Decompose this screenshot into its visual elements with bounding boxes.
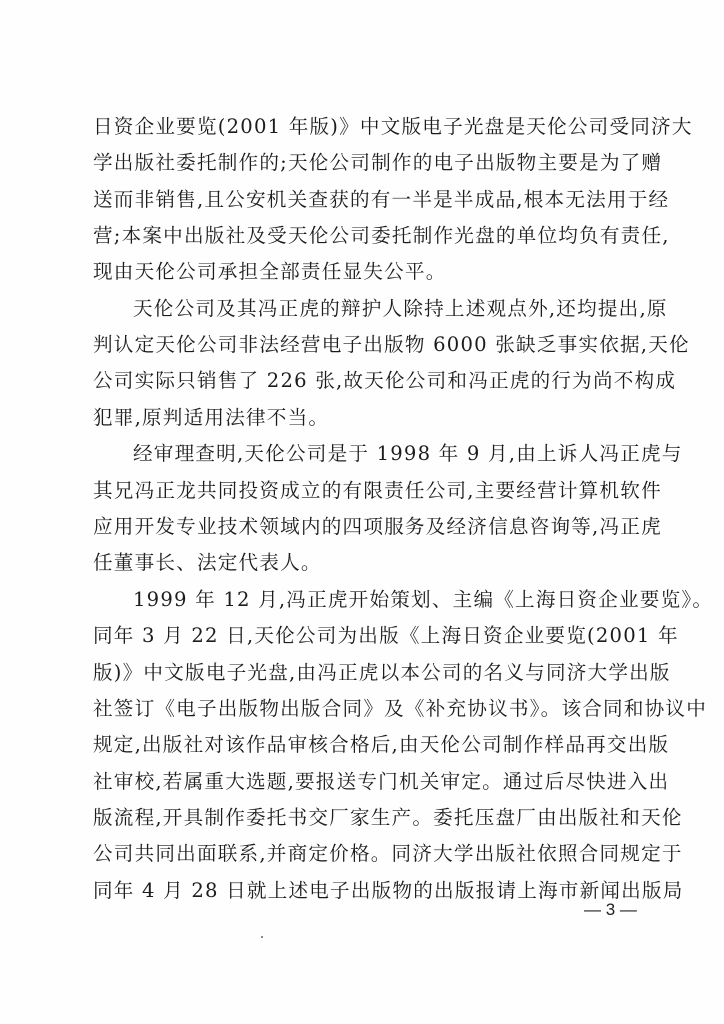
text-line: 判认定天伦公司非法经营电子出版物 6000 张缺乏事实依据,天伦 [93, 330, 633, 360]
text-line: 同年 4 月 28 日就上述电子出版物的出版报请上海市新闻出版局 [93, 876, 633, 906]
text-line: 送而非销售,且公安机关查获的有一半是半成品,根本无法用于经 [93, 185, 633, 215]
text-line: 版)》中文版电子光盘,由冯正虎以本公司的名义与同济大学出版 [93, 658, 633, 688]
text-line: 应用开发专业技术领域内的四项服务及经济信息咨询等,冯正虎 [93, 512, 633, 542]
text-line: 公司实际只销售了 226 张,故天伦公司和冯正虎的行为尚不构成 [93, 366, 633, 396]
page-number: — 3 — [584, 900, 637, 920]
paragraph-start-line: 1999 年 12 月,冯正虎开始策划、主编《上海日资企业要览》。 [133, 585, 633, 615]
paragraph-start-line: 天伦公司及其冯正虎的辩护人除持上述观点外,还均提出,原 [133, 294, 633, 324]
text-line: 规定,出版社对该作品审核合格后,由天伦公司制作样品再交出版 [93, 730, 633, 760]
text-line: 日资企业要览(2001 年版)》中文版电子光盘是天伦公司受同济大 [93, 112, 633, 142]
text-line: 任董事长、法定代表人。 [93, 548, 633, 578]
text-line: 犯罪,原判适用法律不当。 [93, 403, 633, 433]
text-line: 同年 3 月 22 日,天伦公司为出版《上海日资企业要览(2001 年 [93, 621, 633, 651]
text-line: 其兄冯正龙共同投资成立的有限责任公司,主要经营计算机软件 [93, 476, 633, 506]
text-line: 营;本案中出版社及受天伦公司委托制作光盘的单位均负有责任, [93, 221, 633, 251]
text-line: 现由天伦公司承担全部责任显失公平。 [93, 257, 633, 287]
text-line: 社审校,若属重大选题,要报送专门机关审定。通过后尽快进入出 [93, 767, 633, 797]
text-line: 学出版社委托制作的;天伦公司制作的电子出版物主要是为了赠 [93, 148, 633, 178]
text-line: 公司共同出面联系,并商定价格。同济大学出版社依照合同规定于 [93, 839, 633, 869]
paragraph-start-line: 经审理查明,天伦公司是于 1998 年 9 月,由上诉人冯正虎与 [133, 439, 633, 469]
text-line: 社签订《电子出版物出版合同》及《补充协议书》。该合同和协议中 [93, 694, 633, 724]
text-line: 版流程,开具制作委托书交厂家生产。委托压盘厂由出版社和天伦 [93, 803, 633, 833]
scan-speck [261, 936, 263, 938]
document-page: 日资企业要览(2001 年版)》中文版电子光盘是天伦公司受同济大 学出版社委托制… [0, 0, 724, 1024]
